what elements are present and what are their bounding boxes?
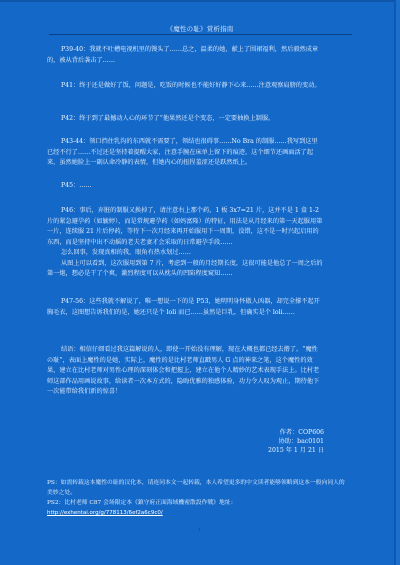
page-right-edge xyxy=(394,0,396,565)
paragraph-p46: P46：事后，弃脏的制服又换掉了，请注意右上那个药，1 板 3x7=21 片，这… xyxy=(47,206,323,280)
paragraph-p42: P42：终于到了最撼动人心的环节了“他果然还是个变态，一定要抽换上制服。 xyxy=(47,114,323,125)
paragraph-text: P45：…… xyxy=(47,181,323,192)
paragraph-text: 结语：相信仔细看过我这篇解说的人，即使一开始没有理解，现在大概也都已经去撸了。“… xyxy=(47,345,323,398)
header-title: 《魔性の耻》赏析指南 xyxy=(0,24,400,33)
paragraph-text: P42：终于到了最撼动人心的环节了“他果然还是个变态，一定要抽换上制服。 xyxy=(47,114,323,125)
paragraph-text: P39-40：我就不吐槽电视机里的馒头了……总之，温柔的她，献上了围裙福利，然后… xyxy=(47,45,323,66)
paragraph-p39-40: P39-40：我就不吐槽电视机里的馒头了……总之，温柔的她，献上了围裙福利，然后… xyxy=(47,45,323,66)
paragraph-p41: P41：终于还是做好了饭，问题是，吃饭的时候也不能好好静下心来……注意观察肩膀的… xyxy=(47,81,323,92)
paragraph-conclusion: 结语：相信仔细看过我这篇解说的人，即使一开始没有理解，现在大概也都已经去撸了。“… xyxy=(47,345,323,398)
paragraph-text: 从图上可以看到，这次服用到第 7 片，考虑到一般的月经期长度，这很可能是他总了一… xyxy=(47,259,323,280)
signature-date: 2015 年 1 月 21 日 xyxy=(268,447,324,456)
paragraph-text: P43-44：领口挡住乳沟的东西就不需要了，领结也很碍事……No Bra 的制服… xyxy=(47,137,323,169)
postscript-1: PS：如需转载这本魔性の耻的汉化本，请连同本文一起转载，本人希望更多的中文读者能… xyxy=(47,478,347,498)
signature-helper: 协助：bac0101 xyxy=(268,438,324,447)
page-number: 1 xyxy=(198,527,201,532)
paragraph-text: 怎么回事，发现真相的我，眼角有热水划过…… xyxy=(47,248,323,259)
paragraph-p43-44: P43-44：领口挡住乳沟的东西就不需要了，领结也很碍事……No Bra 的制服… xyxy=(47,137,323,169)
gallery-link[interactable]: http://exhentai.org/g/778113/6ef2a6c9c0/ xyxy=(47,510,163,516)
postscript-block: PS：如需转载这本魔性の耻的汉化本，请连同本文一起转载，本人希望更多的中文读者能… xyxy=(47,478,347,518)
paragraph-text: P46：事后，弃脏的制服又换掉了，请注意右上那个药，1 板 3x7=21 片，这… xyxy=(47,206,323,248)
paragraph-p47-56: P47-56：这些我就不解说了，唯一想说一下的是 P53，她明明身怀傲人凶器，却… xyxy=(47,297,323,318)
paragraph-text: P47-56：这些我就不解说了，唯一想说一下的是 P53，她明明身怀傲人凶器，却… xyxy=(47,297,323,318)
page-right-margin xyxy=(396,0,400,565)
paragraph-text: P41：终于还是做好了饭，问题是，吃饭的时候也不能好好静下心来……注意观察肩膀的… xyxy=(47,81,323,92)
paragraph-p45: P45：…… xyxy=(47,181,323,192)
postscript-2: PS2：比村老师 C87 会场限定本《鎮守府正面海域機密散設作戦》地址： xyxy=(47,498,347,508)
signature-author: 作者：COP606 xyxy=(268,429,324,438)
header-divider xyxy=(49,34,352,35)
signature-block: 作者：COP606 协助：bac0101 2015 年 1 月 21 日 xyxy=(268,429,324,455)
page-top-edge xyxy=(0,0,400,2)
document-page: 《魔性の耻》赏析指南 P39-40：我就不吐槽电视机里的馒头了……总之，温柔的她… xyxy=(0,0,400,565)
